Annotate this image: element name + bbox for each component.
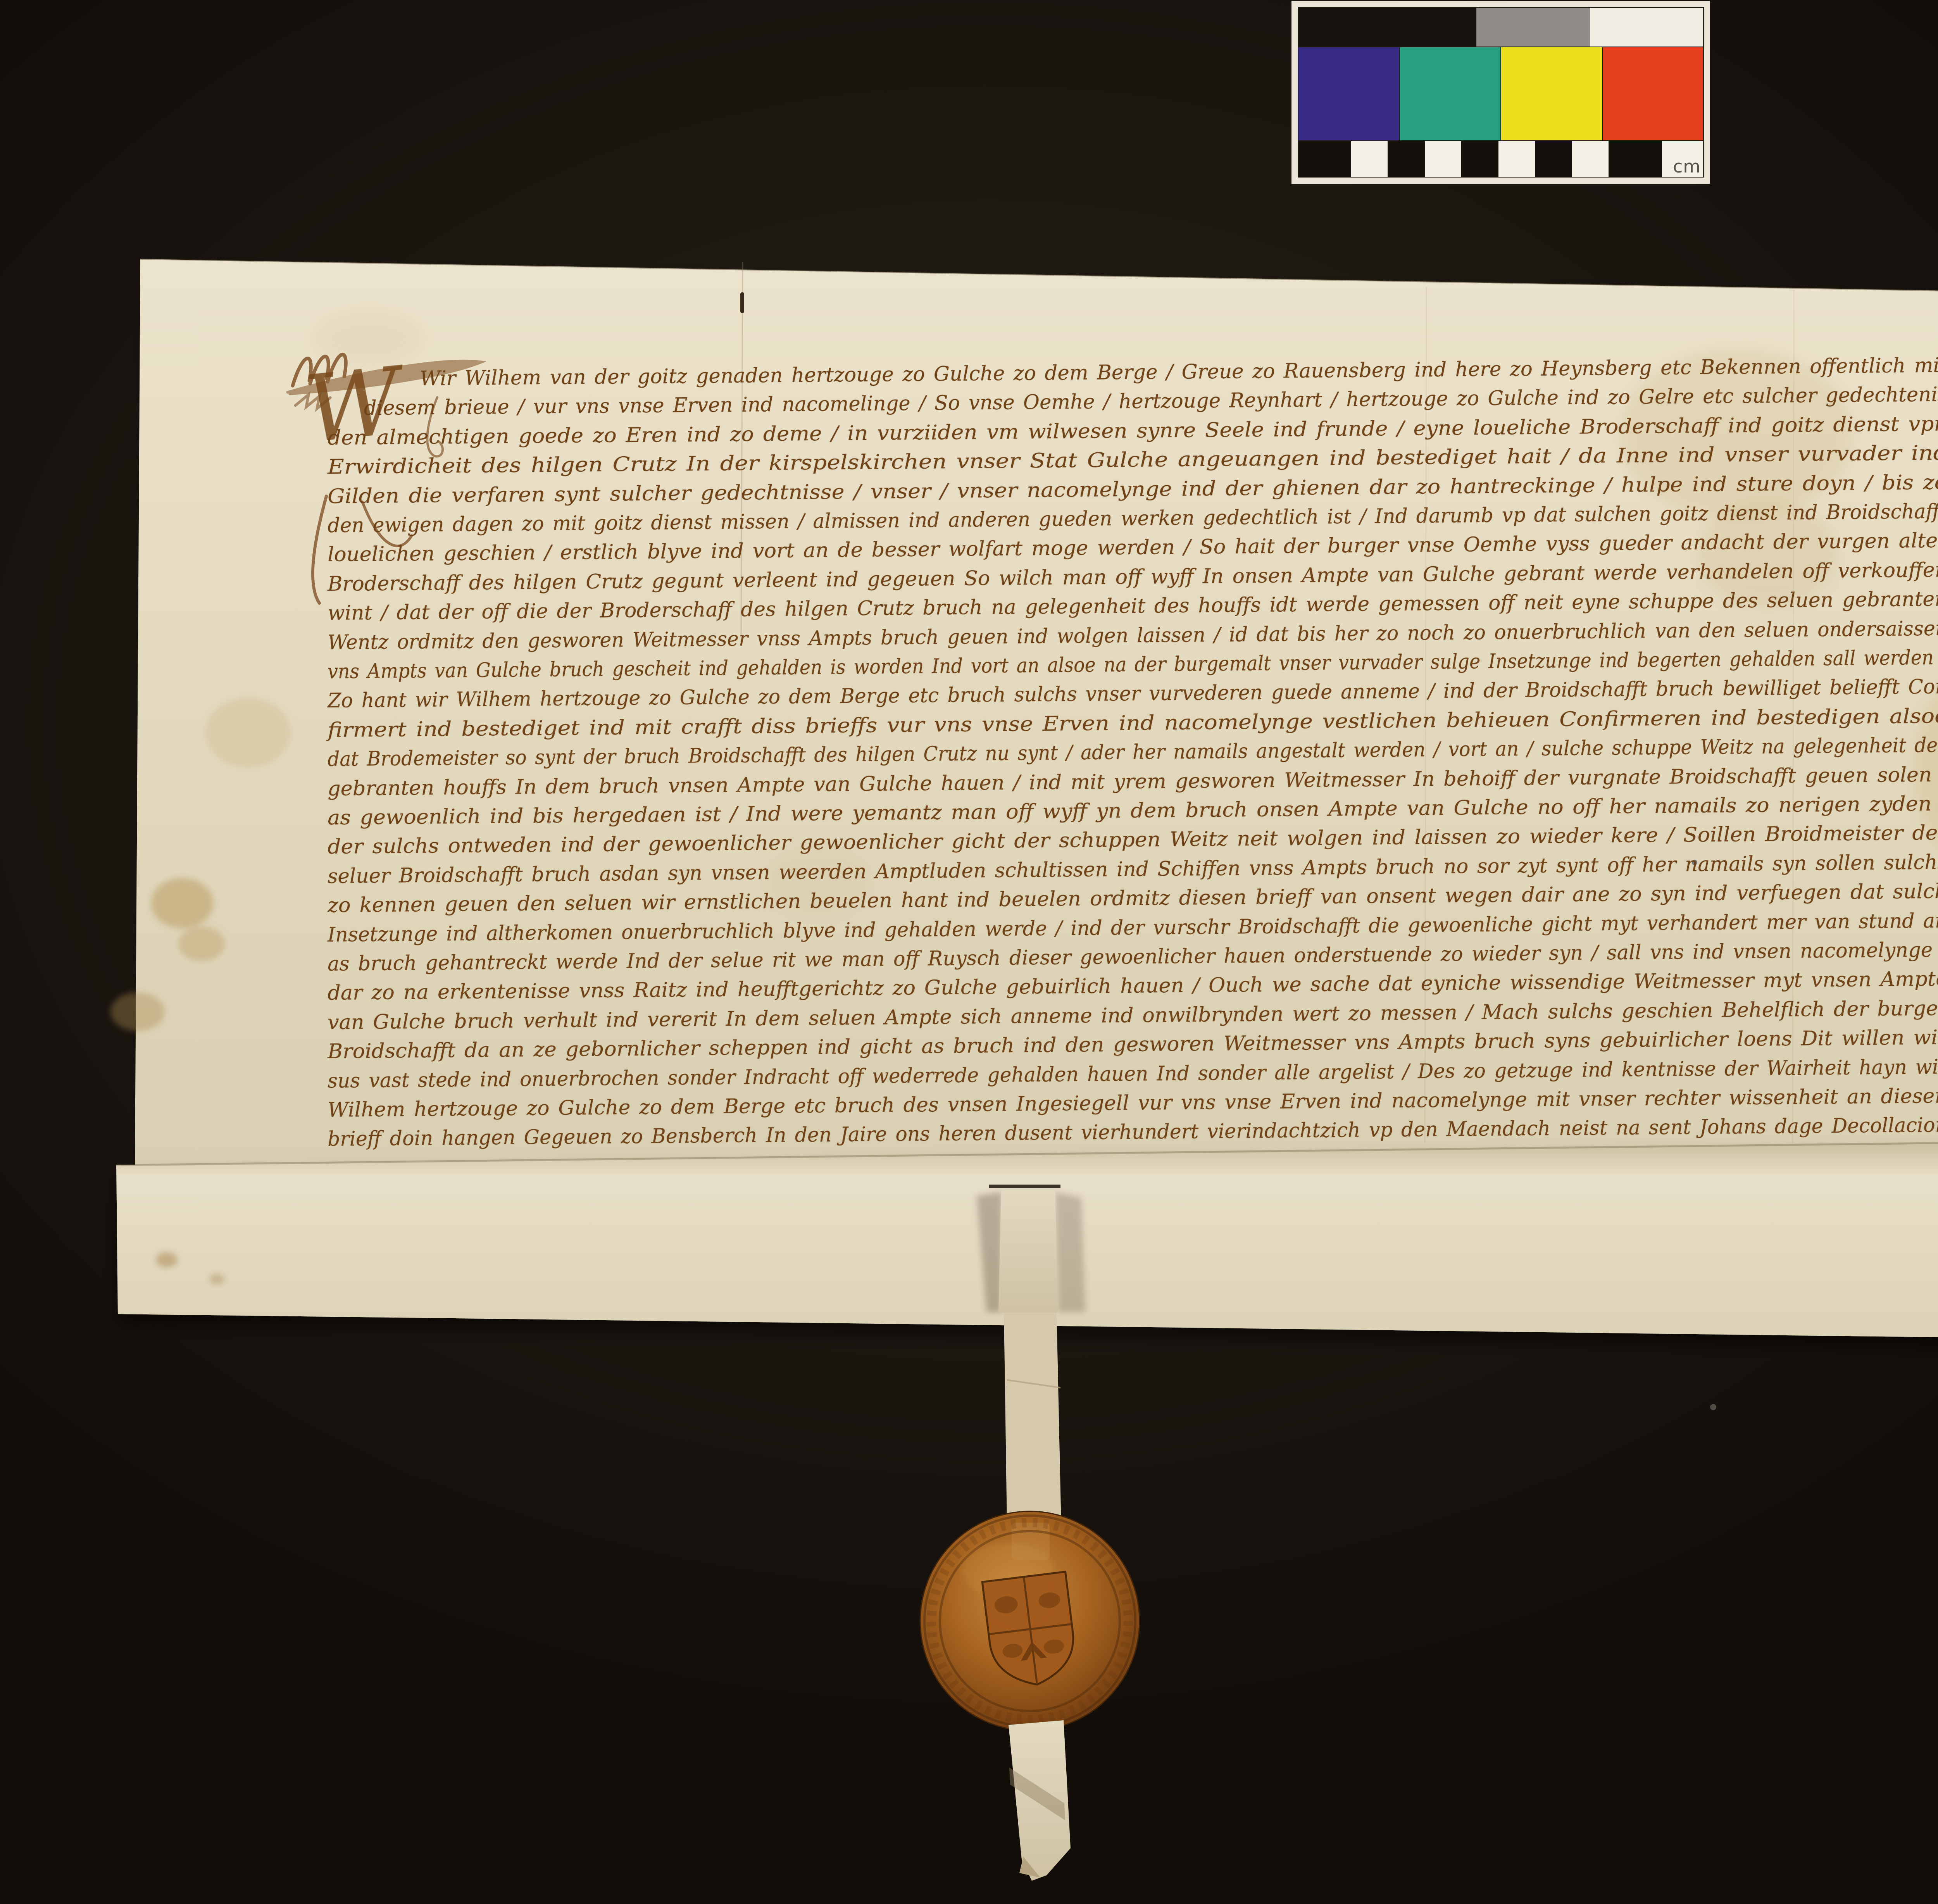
tag-end bbox=[1009, 1720, 1071, 1881]
cm-ruler-row: cm bbox=[1298, 141, 1703, 177]
white-patch bbox=[1590, 8, 1703, 47]
ruler-tick bbox=[1572, 141, 1609, 177]
wax-seal bbox=[920, 1511, 1140, 1731]
cm-label: cm bbox=[1673, 157, 1703, 177]
tag-over-plica bbox=[998, 1188, 1058, 1312]
red-patch bbox=[1603, 47, 1704, 140]
tag-above-seal bbox=[1004, 1312, 1061, 1526]
parchment-slit-hole bbox=[740, 292, 744, 313]
ruler-tick bbox=[1351, 141, 1388, 177]
ruler-tick bbox=[1498, 141, 1535, 177]
yellow-patch bbox=[1501, 47, 1603, 140]
manuscript-text-block: Wir Wilhem van der goitz genaden hertzou… bbox=[328, 365, 1938, 1187]
ruler-tick bbox=[1425, 141, 1461, 177]
green-patch bbox=[1400, 47, 1502, 140]
color-calibration-scale: cm bbox=[1291, 1, 1710, 184]
cm-label-patch: cm bbox=[1662, 141, 1703, 177]
black-patch bbox=[1298, 8, 1476, 47]
seal-tag bbox=[977, 1185, 1085, 1526]
archival-photo: W Wir Wilhem van der goitz genaden hertz… bbox=[0, 0, 1938, 1904]
plica-stain bbox=[156, 1252, 178, 1268]
grayscale-row bbox=[1298, 8, 1703, 47]
blue-patch bbox=[1298, 47, 1400, 140]
color-patch-row bbox=[1298, 47, 1703, 141]
gray-patch bbox=[1476, 8, 1590, 47]
